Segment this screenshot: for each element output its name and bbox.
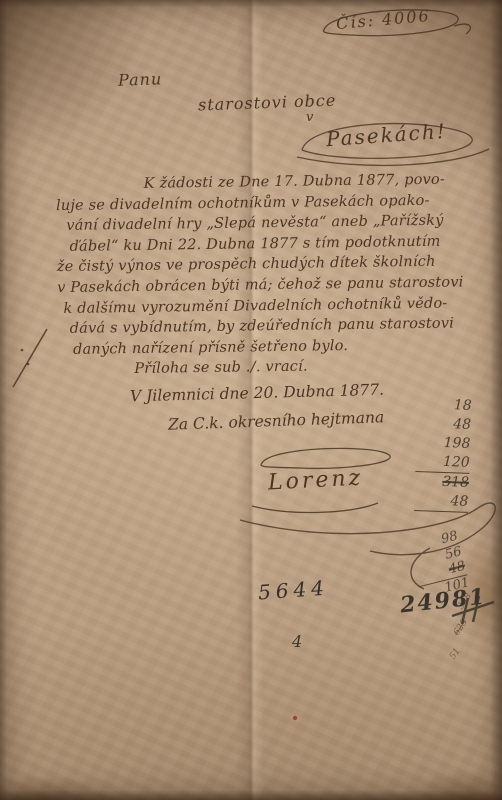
pencil-arithmetic-column: 18 48 198 120 318 48 — [414, 395, 476, 513]
document-photo: Čís: 4006 Panu starostovi obce v Pasekác… — [0, 0, 502, 800]
pencil-number: 18 — [417, 395, 472, 416]
pencil-number-small: 4 — [292, 632, 302, 651]
pencil-number: 120 — [415, 452, 470, 474]
pencil-number: 48 — [414, 491, 469, 513]
pencil-number: 48 — [417, 414, 472, 435]
signature: Lorenz — [267, 466, 363, 496]
salutation-line-1: Panu — [118, 69, 163, 90]
pencil-number-center: 5644 — [257, 576, 329, 605]
salutation-line-3: v — [306, 110, 313, 125]
pencil-number: 198 — [416, 433, 471, 454]
letter-body: K žádosti ze Dne 17. Dubna 1877, povo- l… — [56, 169, 497, 381]
pencil-number-struck: 318 — [415, 472, 470, 493]
